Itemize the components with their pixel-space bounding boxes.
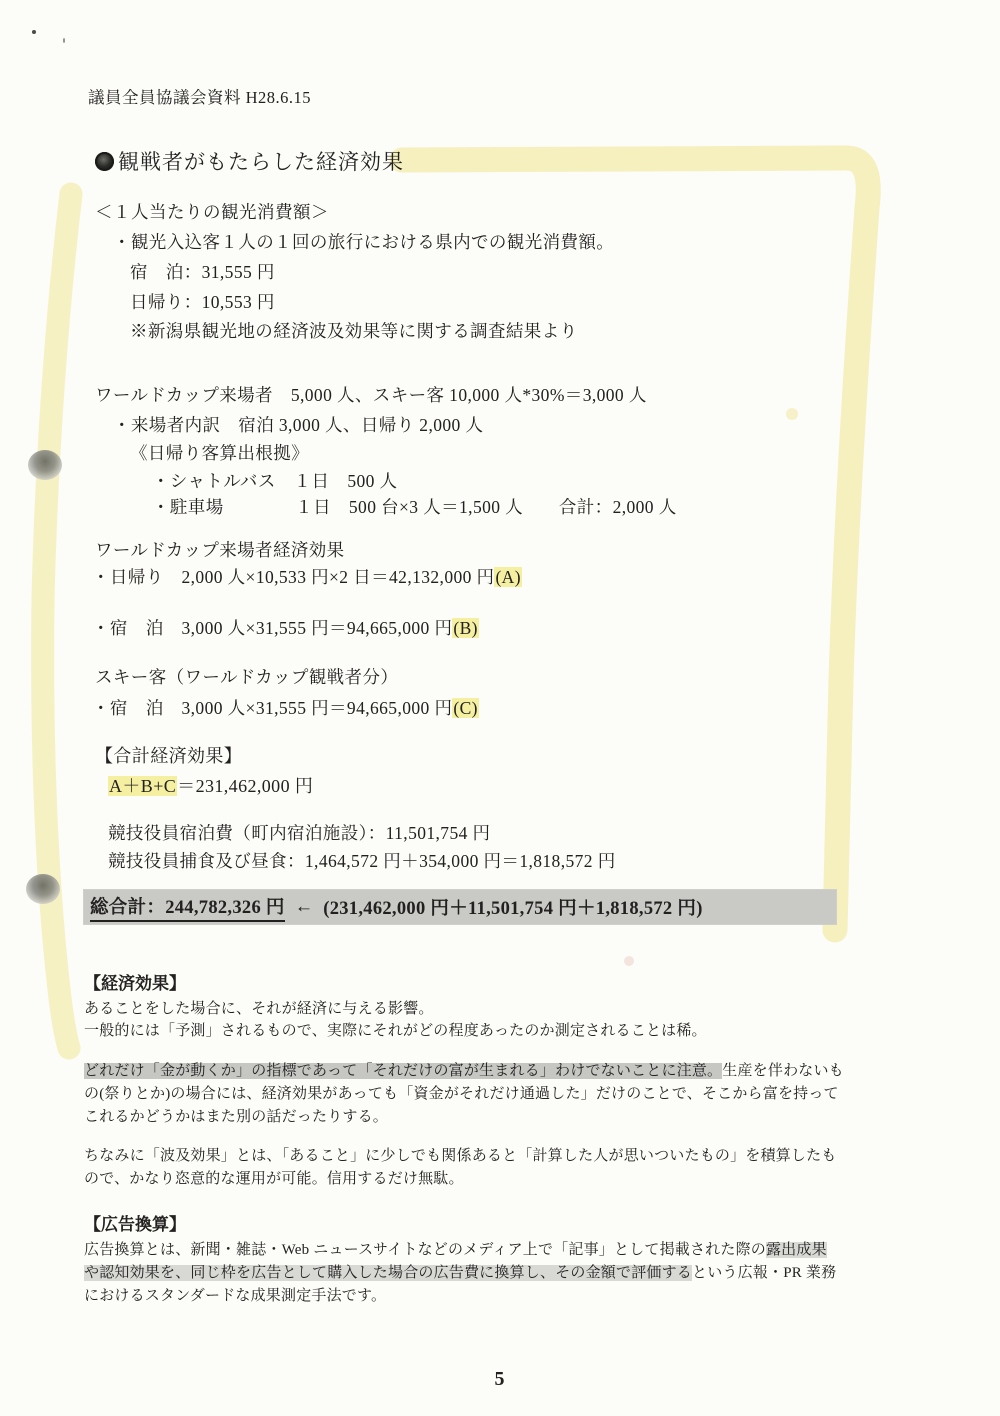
label-c: (C) [452,698,479,718]
highlighter-stroke-right [402,158,868,930]
ad-note-plain: という広報・PR 業務 [692,1265,836,1281]
consumption-line: 日帰り：10,553 円 [130,289,275,314]
wc-effect-heading: ワールドカップ来場者経済効果 [95,537,345,562]
officials-meals: 競技役員捕食及び昼食：1,464,572 円＋354,000 円＝1,818,5… [108,848,616,873]
ad-note-highlight: や認知効果を、同じ枠を広告として購入した場合の広告費に換算し、その金額で評価する [84,1265,692,1281]
label-b: (B) [452,618,479,638]
scan-smudge [624,956,634,966]
page-title: 観戦者がもたらした経済効果 [118,146,404,176]
hole-punch-top [28,450,62,480]
page-title-row: 観戦者がもたらした経済効果 [95,146,404,176]
econ-note-highlight: どれだけ「金が動くか」の指標であって「それだけの富が生まれる」わけでないことに注… [84,1063,722,1079]
grand-total-amount: 総合計：244,782,326 円 [90,893,285,922]
ad-note-heading: 【広告換算】 [84,1210,186,1235]
visitors-line: 《日帰り客算出根拠》 [130,440,309,465]
ski-effect-stay: ・宿 泊 3,000 人×31,555 円＝94,665,000 円(C) [92,695,479,720]
label-a: (A) [494,567,522,587]
consumption-line: ※新潟県観光地の経済波及効果等に関する調査結果より [130,318,578,343]
wc-effect-stay: ・宿 泊 3,000 人×31,555 円＝94,665,000 円(B) [92,615,479,640]
scan-speck [32,30,36,34]
ad-note-plain: 広告換算とは、新聞・雑誌・Web ニュースサイトなどのメディア上で「記事」として… [84,1242,766,1258]
visitors-line: ・駐車場 １日 500 台×3 人＝1,500 人 合計：2,000 人 [152,494,677,519]
grand-total-bar: 総合計：244,782,326 円 ← (231,462,000 円＋11,50… [84,890,836,924]
econ-note-line: あることをした場合に、それが経済に与える影響。 [84,997,434,1018]
consumption-line: 宿 泊：31,555 円 [130,259,275,284]
scanned-document-page: 議員全員協議会資料 H28.6.15 観戦者がもたらした経済効果 ＜１人当たりの… [0,0,1000,1416]
daytrip-formula: ・日帰り 2,000 人×10,533 円×2 日＝42,132,000 円 [92,567,494,587]
visitors-line: ・シャトルバス １日 500 人 [152,468,397,493]
crest-bullet-icon [95,152,114,171]
visitors-line: ワールドカップ来場者 5,000 人、スキー客 10,000 人*30%＝3,0… [95,382,647,407]
consumption-line: ・観光入込客１人の１回の旅行における県内での観光消費額。 [113,229,614,254]
ski-effect-heading: スキー客（ワールドカップ観戦者分） [95,664,398,689]
econ-note-line: の(祭りとか)の場合には、経済効果があっても「資金がそれだけ通過した」だけのこと… [84,1082,839,1103]
ad-note-line: や認知効果を、同じ枠を広告として購入した場合の広告費に換算し、その金額で評価する… [84,1261,836,1282]
ad-note-highlight: 露出成果 [766,1242,827,1258]
stay-formula: ・宿 泊 3,000 人×31,555 円＝94,665,000 円 [92,618,452,638]
visitors-line: ・来場者内訳 宿泊 3,000 人、日帰り 2,000 人 [113,412,483,437]
total-effect-heading: 【合計経済効果】 [95,742,242,768]
ad-note-line: 広告換算とは、新聞・雑誌・Web ニュースサイトなどのメディア上で「記事」として… [84,1238,827,1259]
econ-note-line: これるかどうかはまた別の話だったりする。 [84,1105,388,1126]
ad-note-line: におけるスタンダードな成果測定手法です。 [84,1284,386,1305]
econ-note-heading: 【経済効果】 [84,969,186,994]
scan-speck [63,38,65,43]
econ-note-rest: 生産を伴わないも [722,1063,844,1079]
page-number: 5 [0,1368,1000,1391]
ski-stay-formula: ・宿 泊 3,000 人×31,555 円＝94,665,000 円 [92,698,452,718]
econ-note-line: どれだけ「金が動くか」の指標であって「それだけの富が生まれる」わけでないことに注… [84,1059,844,1080]
consumption-heading: ＜１人当たりの観光消費額＞ [95,199,329,224]
document-reference: 議員全員協議会資料 H28.6.15 [88,84,311,108]
formula-abc: A＋B+C [108,776,177,796]
formula-result: ＝231,462,000 円 [177,776,313,796]
hole-punch-bottom [26,874,60,904]
scan-smudge [786,408,798,420]
grand-total-breakdown: (231,462,000 円＋11,501,754 円＋1,818,572 円) [323,894,702,920]
officials-lodging: 競技役員宿泊費（町内宿泊施設）：11,501,754 円 [108,820,490,845]
grand-total-arrow: ← [285,897,324,918]
total-effect-formula: A＋B+C＝231,462,000 円 [108,772,313,798]
highlighter-stroke-left [43,194,71,1048]
wc-effect-daytrip: ・日帰り 2,000 人×10,533 円×2 日＝42,132,000 円(A… [92,564,522,589]
econ-note-line: ちなみに「波及効果」とは、「あること」に少しでも関係あると「計算した人が思いつい… [84,1144,837,1165]
econ-note-line: 一般的には「予測」されるもので、実際にそれがどの程度あったのか測定されることは稀… [84,1019,707,1040]
econ-note-line: ので、かなり恣意的な運用が可能。信用するだけ無駄。 [84,1167,464,1188]
